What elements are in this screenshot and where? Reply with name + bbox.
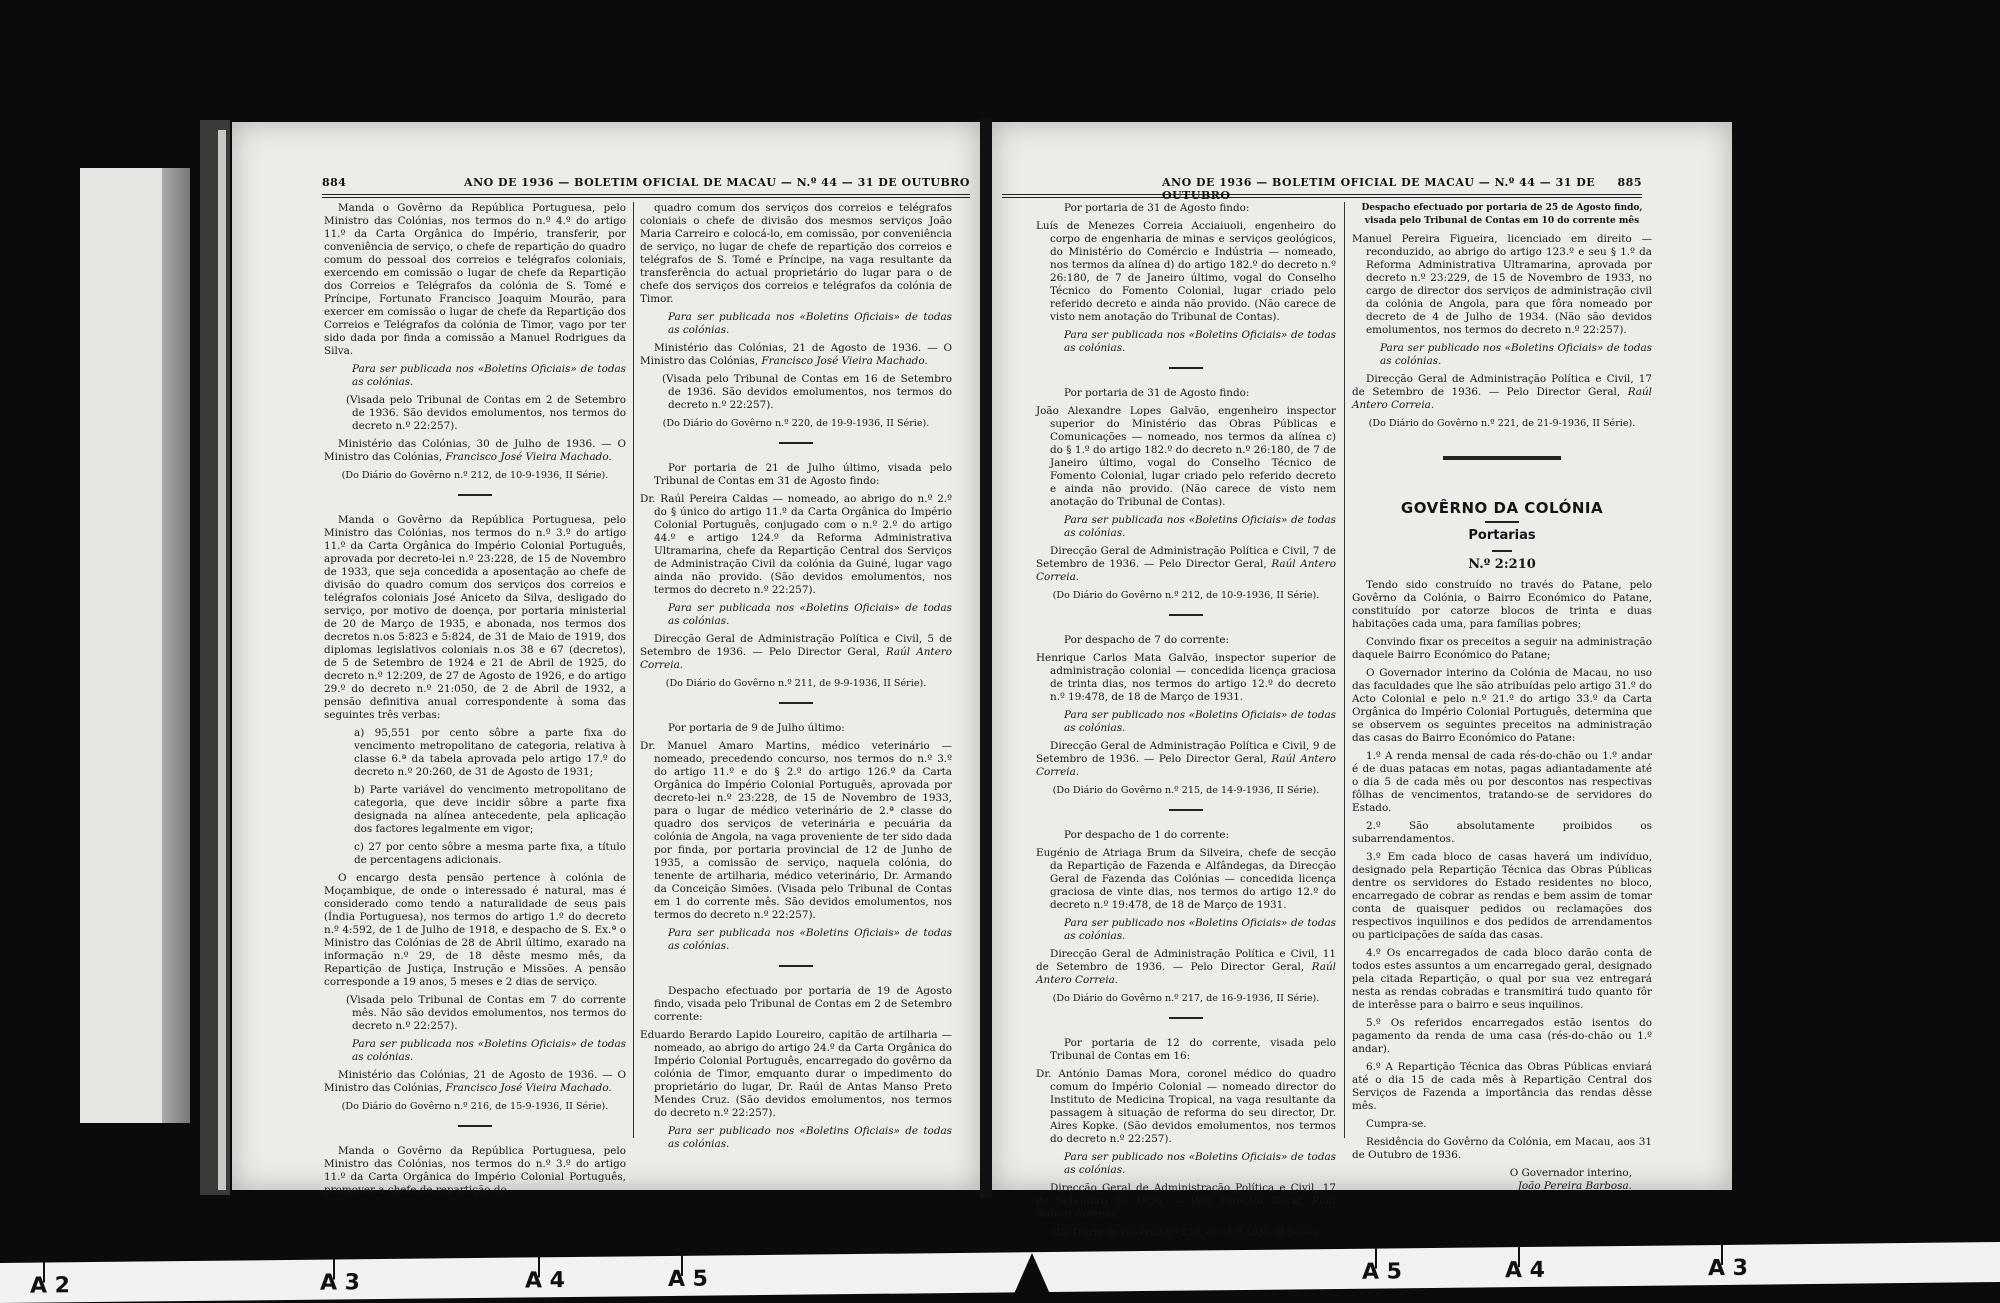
signature-text: Direcção Geral de Administração Política… — [1036, 948, 1336, 973]
rule-item: 1.º A renda mensal de cada rés-do-chão o… — [1352, 750, 1652, 815]
source-citation: (Do Diário do Govêrno n.º 221, de 21-9-1… — [1352, 417, 1652, 430]
separator — [779, 965, 813, 967]
film-strip-ruler: A 2 A 3 A 4 A 5 A 5 A 4 A 3 — [0, 1242, 2000, 1303]
paragraph: Eugénio de Atriaga Brum da Silveira, che… — [1036, 847, 1336, 912]
publication-note: Para ser publicada nos «Boletins Oficiai… — [1036, 329, 1336, 355]
rule-item: 3.º Em cada bloco de casas haverá um ind… — [1352, 851, 1652, 942]
publication-note: Para ser publicado nos «Boletins Oficiai… — [1352, 342, 1652, 368]
publication-note: Para ser publicada nos «Boletins Oficiai… — [640, 927, 952, 953]
visa-note: (Visada pelo Tribunal de Contas em 16 de… — [640, 373, 952, 412]
source-citation: (Do Diário do Govêrno n.º 219, de 18-9-1… — [1036, 1226, 1336, 1239]
paragraph: Manda o Govêrno da República Portuguesa,… — [324, 1145, 626, 1197]
publication-note: Para ser publicado nos «Boletins Oficiai… — [1036, 917, 1336, 943]
ruler-mark: A 5 — [1362, 1259, 1402, 1284]
source-citation: (Do Diário do Govêrno n.º 216, de 15-9-1… — [324, 1100, 626, 1113]
signature-text: Direcção Geral de Administração Política… — [1036, 1182, 1336, 1207]
running-header: ANO DE 1936 — BOLETIM OFICIAL DE MACAU —… — [1162, 176, 1642, 202]
publication-note: Para ser publicada nos «Boletins Oficiai… — [1036, 514, 1336, 540]
signature-line: Direcção Geral de Administração Política… — [1036, 740, 1336, 779]
rule-item: 2.º São absolutamente proibidos os subar… — [1352, 820, 1652, 846]
paragraph: quadro comum dos serviços dos correios e… — [640, 202, 952, 306]
source-citation: (Do Diário do Govêrno n.º 215, de 14-9-1… — [1036, 784, 1336, 797]
signature-line: Direcção Geral de Administração Política… — [1036, 1182, 1336, 1221]
section-title: GOVÊRNO DA COLÓNIA — [1352, 502, 1652, 515]
right-page: ANO DE 1936 — BOLETIM OFICIAL DE MACAU —… — [992, 122, 1732, 1190]
rule-item: 6.º A Repartição Técnica das Obras Públi… — [1352, 1061, 1652, 1113]
ruler-mark: A 4 — [1505, 1258, 1545, 1283]
running-header: ANO DE 1936 — BOLETIM OFICIAL DE MACAU —… — [464, 176, 970, 189]
right-page-column-2: Despacho efectuado por portaria de 25 de… — [1352, 202, 1652, 1198]
column-rule — [1344, 202, 1345, 1138]
entry-intro: Por portaria de 12 do corrente, visada p… — [1036, 1037, 1336, 1063]
rule-item: 5.º Os referidos encarregados estão isen… — [1352, 1017, 1652, 1056]
entry-intro: Despacho efectuado por portaria de 25 de… — [1352, 202, 1652, 228]
residence-date: Residência do Govêrno da Colónia, em Mac… — [1352, 1136, 1652, 1162]
list-item: b) Parte variável do vencimento metropol… — [324, 784, 626, 836]
signature-line: Direcção Geral de Administração Política… — [640, 633, 952, 672]
source-citation: (Do Diário do Govêrno n.º 217, de 16-9-1… — [1036, 992, 1336, 1005]
separator — [779, 702, 813, 704]
paragraph: Manuel Pereira Figueira, licenciado em d… — [1352, 233, 1652, 337]
section-separator — [1443, 456, 1561, 460]
separator — [1169, 809, 1203, 811]
signatory-name: Francisco José Vieira Machado. — [761, 355, 927, 367]
left-page-column-1: Manda o Govêrno da República Portuguesa,… — [324, 202, 626, 1202]
paragraph: O Governador interino da Colónia de Maca… — [1352, 667, 1652, 745]
entry-intro: Por portaria de 31 de Agosto findo: — [1036, 202, 1336, 215]
paragraph: Convindo fixar os preceitos a seguir na … — [1352, 636, 1652, 662]
signatory-name: Francisco José Vieira Machado. — [445, 1082, 611, 1094]
left-page: 884 ANO DE 1936 — BOLETIM OFICIAL DE MAC… — [232, 122, 980, 1190]
separator — [1485, 521, 1519, 523]
publication-note: Para ser publicado nos «Boletins Oficiai… — [640, 1125, 952, 1151]
separator — [458, 1125, 492, 1127]
paragraph: Dr. Raúl Pereira Caldas — nomeado, ao ab… — [640, 493, 952, 597]
paragraph: João Alexandre Lopes Galvão, engenheiro … — [1036, 405, 1336, 509]
signer-name: João Pereira Barbosa. — [1352, 1180, 1632, 1193]
entry-intro: Por portaria de 21 de Julho último, visa… — [640, 462, 952, 488]
source-citation: (Do Diário do Govêrno n.º 211, de 9-9-19… — [640, 677, 952, 690]
source-citation: (Do Diário do Govêrno n.º 212, de 10-9-1… — [1036, 589, 1336, 602]
signature-line: Direcção Geral de Administração Política… — [1352, 373, 1652, 412]
visa-note: (Visada pelo Tribunal de Contas em 2 de … — [324, 394, 626, 433]
separator — [1169, 367, 1203, 369]
column-rule — [633, 202, 634, 1138]
visa-note: (Visada pelo Tribunal de Contas em 7 do … — [324, 994, 626, 1033]
page-number: 885 — [1618, 176, 1642, 189]
publication-note: Para ser publicado nos «Boletins Oficiai… — [1036, 1151, 1336, 1177]
separator — [1169, 1017, 1203, 1019]
signer-block: O Governador interino,João Pereira Barbo… — [1352, 1167, 1652, 1193]
adjacent-page-edge — [80, 168, 190, 1123]
paragraph: Henrique Carlos Mata Galvão, inspector s… — [1036, 652, 1336, 704]
signature-line: Ministério das Colónias, 30 de Julho de … — [324, 438, 626, 464]
paragraph: Eduardo Berardo Lapido Loureiro, capitão… — [640, 1029, 952, 1120]
right-page-header: ANO DE 1936 — BOLETIM OFICIAL DE MACAU —… — [1002, 176, 1642, 198]
separator — [1169, 614, 1203, 616]
signatory-name: Francisco José Vieira Machado. — [445, 451, 611, 463]
closing: Cumpra-se. — [1352, 1118, 1652, 1131]
source-citation: (Do Diário do Govêrno n.º 220, de 19-9-1… — [640, 417, 952, 430]
page-number: 884 — [322, 176, 346, 189]
page-gutter — [980, 118, 992, 1198]
film-notch — [1010, 1253, 1054, 1303]
publication-note: Para ser publicada nos «Boletins Oficiai… — [640, 602, 952, 628]
paragraph: Dr. António Damas Mora, coronel médico d… — [1036, 1068, 1336, 1146]
signature-line: Ministério das Colónias, 21 de Agosto de… — [640, 342, 952, 368]
ruler-mark: A 3 — [1708, 1256, 1748, 1281]
book-spine-edge — [218, 130, 226, 1190]
left-page-header: 884 ANO DE 1936 — BOLETIM OFICIAL DE MAC… — [322, 176, 970, 198]
separator — [779, 442, 813, 444]
entry-intro: Por portaria de 31 de Agosto findo: — [1036, 387, 1336, 400]
paragraph: Dr. Manuel Amaro Martins, médico veterin… — [640, 740, 952, 922]
signature-line: Ministério das Colónias, 21 de Agosto de… — [324, 1069, 626, 1095]
publication-note: Para ser publicado nos «Boletins Oficiai… — [1036, 709, 1336, 735]
publication-note: Para ser publicada nos «Boletins Oficiai… — [324, 363, 626, 389]
left-page-column-2: quadro comum dos serviços dos correios e… — [640, 202, 952, 1156]
ruler-mark: A 5 — [668, 1267, 708, 1292]
paragraph: Luís de Menezes Correia Acciaiuoli, enge… — [1036, 220, 1336, 324]
right-page-column-1: Por portaria de 31 de Agosto findo: Luís… — [1036, 202, 1336, 1244]
portaria-number: N.º 2:210 — [1352, 558, 1652, 571]
ruler-mark: A 4 — [525, 1268, 565, 1293]
paragraph: Manda o Govêrno da República Portuguesa,… — [324, 202, 626, 358]
signer-title: O Governador interino, — [1510, 1167, 1632, 1179]
source-citation: (Do Diário do Govêrno n.º 212, de 10-9-1… — [324, 469, 626, 482]
signature-line: Direcção Geral de Administração Política… — [1036, 545, 1336, 584]
ruler-mark: A 3 — [320, 1270, 360, 1295]
signature-text: Direcção Geral de Administração Política… — [1352, 373, 1652, 398]
list-item: a) 95,551 por cento sôbre a parte fixa d… — [324, 727, 626, 779]
separator — [458, 494, 492, 496]
publication-note: Para ser publicada nos «Boletins Oficiai… — [324, 1038, 626, 1064]
signature-line: Direcção Geral de Administração Política… — [1036, 948, 1336, 987]
section-subtitle: Portarias — [1352, 529, 1652, 542]
separator — [1492, 550, 1512, 552]
paragraph: Tendo sido construído no través do Patan… — [1352, 579, 1652, 631]
entry-intro: Por despacho de 1 do corrente: — [1036, 829, 1336, 842]
publication-note: Para ser publicada nos «Boletins Oficiai… — [640, 311, 952, 337]
rule-item: 4.º Os encarregados de cada bloco darão … — [1352, 947, 1652, 1012]
page-edge-shadow — [162, 168, 190, 1123]
list-item: c) 27 por cento sôbre a mesma parte fixa… — [324, 841, 626, 867]
ruler-mark: A 2 — [30, 1273, 70, 1298]
paragraph: Manda o Govêrno da República Portuguesa,… — [324, 514, 626, 722]
entry-intro: Despacho efectuado por portaria de 19 de… — [640, 985, 952, 1024]
entry-intro: Por portaria de 9 de Julho último: — [640, 722, 952, 735]
entry-intro: Por despacho de 7 do corrente: — [1036, 634, 1336, 647]
paragraph: O encargo desta pensão pertence à colóni… — [324, 872, 626, 989]
